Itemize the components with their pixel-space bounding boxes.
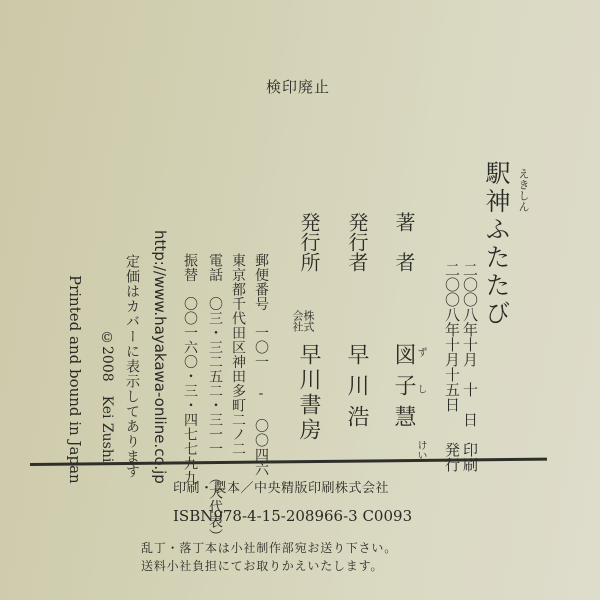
- copyright-notice: ©2008 Kei Zushi: [97, 330, 117, 462]
- seal-abolished-note: 検印廃止: [266, 76, 330, 97]
- book-title: 駅神ふたたび: [478, 160, 514, 328]
- print-date: 二〇〇八年十月 十 日 印刷: [462, 262, 477, 472]
- postal-transfer-account: 振替 〇〇一六〇・三・四七七九九: [182, 253, 198, 485]
- postal-code: 郵便番号 一〇一 - 〇〇四六: [253, 253, 269, 477]
- issue-date-label: 発行: [443, 442, 461, 472]
- company-type-prefix: 株式会社: [290, 310, 314, 334]
- publisher-name: 早川浩: [341, 343, 372, 436]
- defect-notice-line-2: 送料小社負担にてお取りかえいたします。: [141, 557, 383, 574]
- book-title-ruby: えきしん: [515, 168, 531, 212]
- publishing-house-name: 早川書房: [293, 343, 324, 443]
- author-ruby-1: ず: [413, 347, 428, 357]
- print-date-label: 印刷: [461, 442, 479, 472]
- printed-in-japan: Printed and bound in Japan: [66, 275, 84, 484]
- author-label: 著 者: [390, 212, 419, 272]
- address: 東京都千代田区神田多町二ノ二: [230, 253, 246, 456]
- defect-notice-line-1: 乱丁・落丁本は小社制作部宛お送り下さい。: [141, 539, 397, 556]
- publisher-label: 発行者: [343, 212, 372, 272]
- price-note: 定価はカバーに表示してあります: [122, 254, 142, 479]
- publishing-house-label: 発行所: [295, 212, 324, 272]
- isbn: ISBN978-4-15-208966-3 C0093: [173, 507, 412, 525]
- author-ruby-3: けい: [413, 440, 428, 460]
- issue-date-value: 二〇〇八年十月十五日: [443, 262, 461, 412]
- phone-number: 電話 〇三・三二五二・三一一一（大代表）: [207, 253, 223, 543]
- website-url[interactable]: http://www.hayakawa-online.co.jp: [151, 230, 169, 484]
- issue-date: 二〇〇八年十月十五日 発行: [444, 262, 459, 472]
- print-date-value: 二〇〇八年十月 十 日: [461, 262, 479, 427]
- author-ruby-2: し: [413, 384, 428, 394]
- printer-binder: 印刷・製本／中央精版印刷株式会社: [173, 477, 389, 496]
